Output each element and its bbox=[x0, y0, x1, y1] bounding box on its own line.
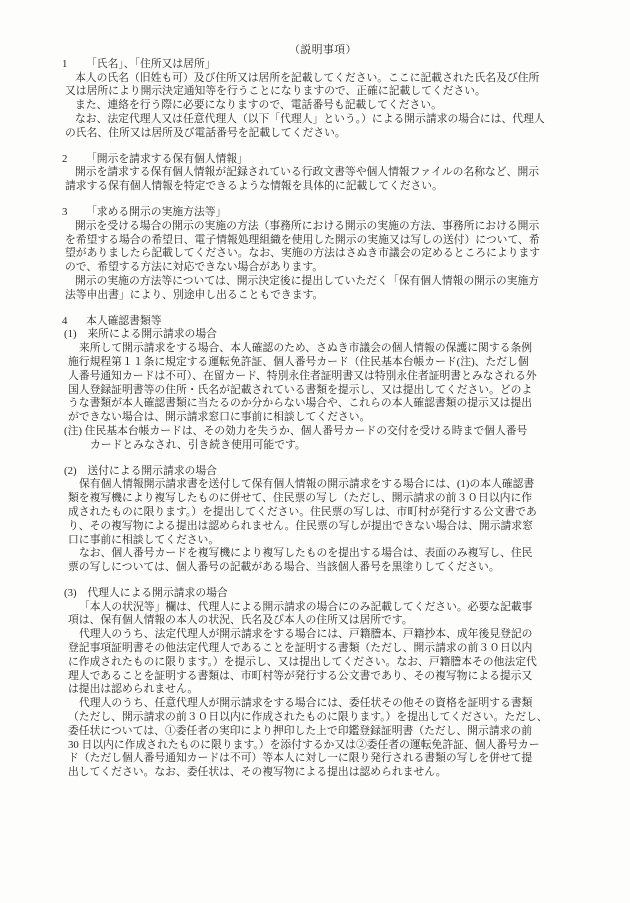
text-line: 来所して開示請求をする場合、本人確認のため、さぬき市議会の個人情報の保護に関する… bbox=[79, 342, 584, 356]
text-line: また、連絡を行う際に必要になりますので、電話番号も記載してください。 bbox=[75, 99, 584, 113]
note-line: カードとみなされ、引き続き使用可能です。 bbox=[90, 439, 584, 453]
text-line: 開示を請求する保有個人情報が記録されている行政文書等や個人情報ファイルの名称など… bbox=[75, 166, 584, 180]
document-body: 1「氏名」、「住所又は居所」本人の氏名（旧姓も可）及び住所又は居所を記載してくだ… bbox=[62, 58, 584, 780]
section: 2「開示を請求する保有個人情報」開示を請求する保有個人情報が記録されている行政文… bbox=[62, 153, 584, 194]
document-page: （説明事項） 1「氏名」、「住所又は居所」本人の氏名（旧姓も可）及び住所又は居所… bbox=[0, 0, 630, 903]
text-line: を希望する場合の希望日、電子情報処理組織を使用した開示の実施又は写しの送付）につ… bbox=[65, 234, 584, 248]
section: 3「求める開示の実施方法等」開示を受ける場合の開示の実施の方法（事務所における開… bbox=[62, 206, 584, 303]
text-line: 開示を受ける場合の開示の実施の方法（事務所における開示の実施の方法、事務所におけ… bbox=[75, 220, 584, 234]
text-line: り、その複写物による提出は認められません。住民票の写しが提出できない場合は、開示… bbox=[68, 520, 584, 534]
subsection-heading: (2) 送付による開示請求の場合 bbox=[64, 465, 584, 479]
text-line: の氏名、住所又は居所及び電話番号を記載してください。 bbox=[65, 127, 584, 141]
text-line: に作成されたものに限ります。）を提示し、又は提出してください。なお、戸籍謄本その… bbox=[68, 656, 584, 670]
section-number: 3 bbox=[62, 206, 86, 220]
text-line: 理人であることを証明する書類は、市町村等が発行する公文書であり、その複写物による… bbox=[68, 670, 584, 684]
subsection: (1) 来所による開示請求の場合来所して開示請求をする場合、本人確認のため、さぬ… bbox=[62, 328, 584, 452]
section-title: 「求める開示の実施方法等」 bbox=[86, 206, 226, 218]
text-line: 出してください。なお、委任状は、その複写物による提出は認められません。 bbox=[68, 766, 584, 780]
subsection: (3) 代理人による開示請求の場合「本人の状況等」欄は、代理人による開示請求の場… bbox=[62, 587, 584, 780]
text-line: 保有個人情報開示請求書を送付して保有個人情報の開示請求をする場合には、(1)の本… bbox=[79, 478, 584, 492]
text-line: なお、法定代理人又は任意代理人（以下「代理人」という。）による開示請求の場合には… bbox=[75, 113, 584, 127]
text-line: うな書類が本人確認書類に当たるのか分からない場合や、これらの本人確認書類の提示又… bbox=[68, 397, 584, 411]
text-line: 類を複写機により複写したものに併せて、住民票の写し（ただし、開示請求の前３０日以… bbox=[68, 492, 584, 506]
text-line: 法等申出書」により、別途申し出ることもできます。 bbox=[65, 289, 584, 303]
text-line: 人番号通知カードは不可）、在留カード、特別永住者証明書又は特別永住者証明書とみな… bbox=[68, 370, 584, 384]
text-line: 望がありましたら記載してください。なお、実施の方法はさぬき市議会の定めるところに… bbox=[65, 247, 584, 261]
text-line: 「本人の状況等」欄は、代理人による開示請求の場合にのみ記載してください。必要な記… bbox=[79, 601, 584, 615]
text-line: 30 日以内に作成されたものに限ります。）を添付するか又は②委任者の運転免許証、… bbox=[68, 739, 584, 753]
section-title: 本人確認書類等 bbox=[86, 315, 162, 327]
text-line: 代理人のうち、任意代理人が開示請求をする場合には、委任状その他その資格を証明する… bbox=[79, 697, 584, 711]
text-line: なお、個人番号カードを複写機により複写したものを提出する場合は、表面のみ複写し、… bbox=[79, 547, 584, 561]
text-line: は提出は認められません。 bbox=[68, 683, 584, 697]
text-line: 施行規程第１１条に規定する運転免許証、個人番号カード（住民基本台帳カード(注)、… bbox=[68, 356, 584, 370]
text-line: 票の写しについては、個人番号の記載がある場合、当該個人番号を黒塗りしてください。 bbox=[68, 561, 584, 575]
text-line: ド（ただし個人番号通知カードは不可）等本人に対し一に限り発行される書類の写しを併… bbox=[68, 752, 584, 766]
text-line: 口に事前に相談してください。 bbox=[68, 534, 584, 548]
section-heading: 4本人確認書類等 bbox=[62, 315, 584, 329]
text-line: 項は、保有個人情報の本人の状況、氏名及び本人の住所又は居所です。 bbox=[68, 614, 584, 628]
text-line: 国人登録証明書等の住所・氏名が記載されている書類を提示し、又は提出してください。… bbox=[68, 384, 584, 398]
subsection-heading: (3) 代理人による開示請求の場合 bbox=[64, 587, 584, 601]
section-title: 「開示を請求する保有個人情報」 bbox=[86, 153, 248, 165]
text-line: ができない場合は、開示請求窓口に事前に相談してください。 bbox=[68, 411, 584, 425]
section-heading: 2「開示を請求する保有個人情報」 bbox=[62, 153, 584, 167]
note-line: (注) 住民基本台帳カードは、その効力を失うか、個人番号カードの交付を受ける時ま… bbox=[64, 425, 584, 439]
text-line: 代理人のうち、法定代理人が開示請求をする場合には、戸籍謄本、戸籍抄本、成年後見登… bbox=[79, 628, 584, 642]
section-number: 2 bbox=[62, 153, 86, 167]
subsection-heading: (1) 来所による開示請求の場合 bbox=[64, 328, 584, 342]
text-line: 請求する保有個人情報を特定できるような情報を具体的に記載してください。 bbox=[65, 180, 584, 194]
section-heading: 3「求める開示の実施方法等」 bbox=[62, 206, 584, 220]
text-line: ので、希望する方法に対応できない場合があります。 bbox=[65, 261, 584, 275]
page-title: （説明事項） bbox=[62, 44, 584, 58]
text-line: 本人の氏名（旧姓も可）及び住所又は居所を記載してください。ここに記載された氏名及… bbox=[75, 72, 584, 86]
section-title: 「氏名」、「住所又は居所」 bbox=[86, 58, 216, 70]
section-number: 4 bbox=[62, 315, 86, 329]
text-line: 登記事項証明書その他法定代理人であることを証明する書類（ただし、開示請求の前３０… bbox=[68, 642, 584, 656]
section: 4本人確認書類等(1) 来所による開示請求の場合来所して開示請求をする場合、本人… bbox=[62, 315, 584, 781]
section-heading: 1「氏名」、「住所又は居所」 bbox=[62, 58, 584, 72]
section-number: 1 bbox=[62, 58, 86, 72]
text-line: 開示の実施の方法等については、開示決定後に提出していただく「保有個人情報の開示の… bbox=[75, 275, 584, 289]
text-line: （ただし、開示請求の前３０日以内に作成されたものに限ります。）を提出してください… bbox=[68, 711, 584, 725]
text-line: 委任状については、①委任者の実印により押印した上で印鑑登録証明書（ただし、開示請… bbox=[68, 725, 584, 739]
text-line: 又は居所により開示決定通知等を行うことになりますので、正確に記載してください。 bbox=[65, 85, 584, 99]
text-line: 成されたものに限ります。）を提出してください。住民票の写しは、市町村が発行する公… bbox=[68, 506, 584, 520]
section: 1「氏名」、「住所又は居所」本人の氏名（旧姓も可）及び住所又は居所を記載してくだ… bbox=[62, 58, 584, 141]
subsection: (2) 送付による開示請求の場合保有個人情報開示請求書を送付して保有個人情報の開… bbox=[62, 465, 584, 575]
